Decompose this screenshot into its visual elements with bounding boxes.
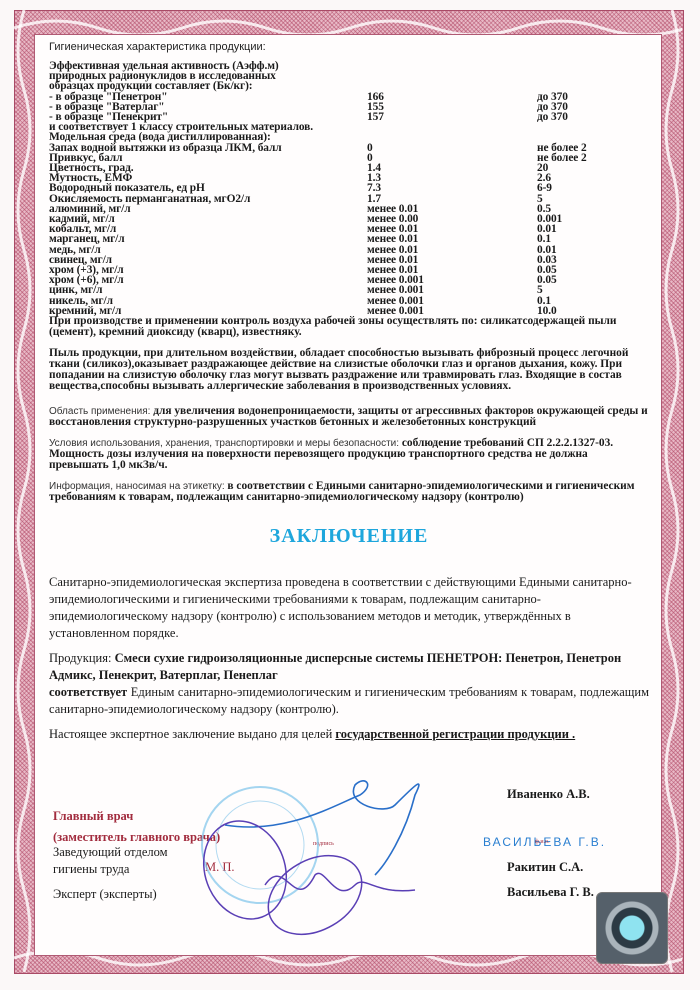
measured-value: 166	[367, 92, 537, 102]
product-section: Продукция: Смеси сухие гидроизоляционные…	[49, 650, 649, 684]
table-row: кадмий, мг/лменее 0.000.001	[49, 214, 649, 224]
product-label: Продукция:	[49, 651, 115, 665]
table-row: медь, мг/лменее 0.010.01	[49, 245, 649, 255]
label-info-section: Информация, наносимая на этикетку: в соо…	[49, 481, 649, 503]
chief-doctor-title: Главный врач	[53, 809, 133, 824]
norm-value: 2.6	[537, 173, 647, 183]
head-dept-title-2: гигиены труда	[53, 862, 129, 877]
norm-value: не более 2	[537, 153, 647, 163]
table-row: марганец, мг/лменее 0.010.1	[49, 234, 649, 244]
measured-value: 0	[367, 143, 537, 153]
air-control-text: При производстве и применении контроль в…	[49, 316, 649, 338]
official-seal-and-signatures	[185, 775, 445, 945]
head-dept-name: Ракитин С.А.	[507, 860, 583, 875]
hygiene-heading: Гигиеническая характеристика продукции:	[49, 41, 649, 53]
norm-value: 0.01	[537, 224, 647, 234]
measured-value: 0	[367, 153, 537, 163]
measured-value: 155	[367, 102, 537, 112]
expertise-text: Санитарно-эпидемиологическая экспертиза …	[49, 574, 649, 642]
issued-label: Настоящее экспертное заключение выдано д…	[49, 727, 335, 741]
measured-value: 7.3	[367, 183, 537, 193]
issued-section: Настоящее экспертное заключение выдано д…	[49, 726, 649, 743]
hologram-emblem-icon	[596, 892, 668, 964]
measured-value: 1.3	[367, 173, 537, 183]
expert-name: Васильева Г. В.	[507, 885, 594, 900]
conditions-section: Условия использования, хранения, транспо…	[49, 438, 649, 471]
norm-value: 20	[537, 163, 647, 173]
table-row: хром (+3), мг/лменее 0.010.05	[49, 265, 649, 275]
table-row: никель, мг/лменее 0.0010.1	[49, 296, 649, 306]
norm-value: 0.05	[537, 275, 647, 285]
product-text: Смеси сухие гидроизоляционные дисперсные…	[49, 651, 621, 682]
table-row: свинец, мг/лменее 0.010.03	[49, 255, 649, 265]
chief-doctor-name: Иваненко А.В.	[507, 787, 590, 802]
norm-value: 6-9	[537, 183, 647, 193]
complies-section: соответствует Единым санитарно-эпидемиол…	[49, 684, 649, 718]
complies-label: соответствует	[49, 685, 127, 699]
measured-value: 1.4	[367, 163, 537, 173]
issued-purpose: государственной регистрации продукции .	[335, 727, 575, 741]
table-row: хром (+6), мг/лменее 0.0010.05	[49, 275, 649, 285]
table-row: цинк, мг/лменее 0.0015	[49, 285, 649, 295]
fio-caption: ф.и.о.	[535, 839, 550, 845]
complies-text: Единым санитарно-эпидемиологическим и ги…	[49, 685, 649, 716]
table-row: Окисляемость перманганатная, мгО2/л1.75	[49, 194, 649, 204]
table-row: Цветность, град.1.420	[49, 163, 649, 173]
hygiene-table: Эффективная удельная активность (Аэфф.м)…	[49, 61, 649, 316]
conclusion-title: ЗАКЛЮЧЕНИЕ	[49, 525, 649, 548]
table-row: Привкус, балл0не более 2	[49, 153, 649, 163]
document-page: Гигиеническая характеристика продукции: …	[34, 34, 662, 956]
measured-value: 157	[367, 112, 537, 122]
norm-value: до 370	[537, 112, 647, 122]
norm-value: 5	[537, 285, 647, 295]
norm-value: 5	[537, 194, 647, 204]
dust-warning-text: Пыль продукции, при длительном воздейств…	[49, 348, 649, 392]
head-dept-title: Заведующий отделом	[53, 845, 168, 860]
experts-title: Эксперт (эксперты)	[53, 887, 157, 902]
table-row: кобальт, мг/лменее 0.010.01	[49, 224, 649, 234]
application-section: Область применения: для увеличения водон…	[49, 406, 649, 428]
